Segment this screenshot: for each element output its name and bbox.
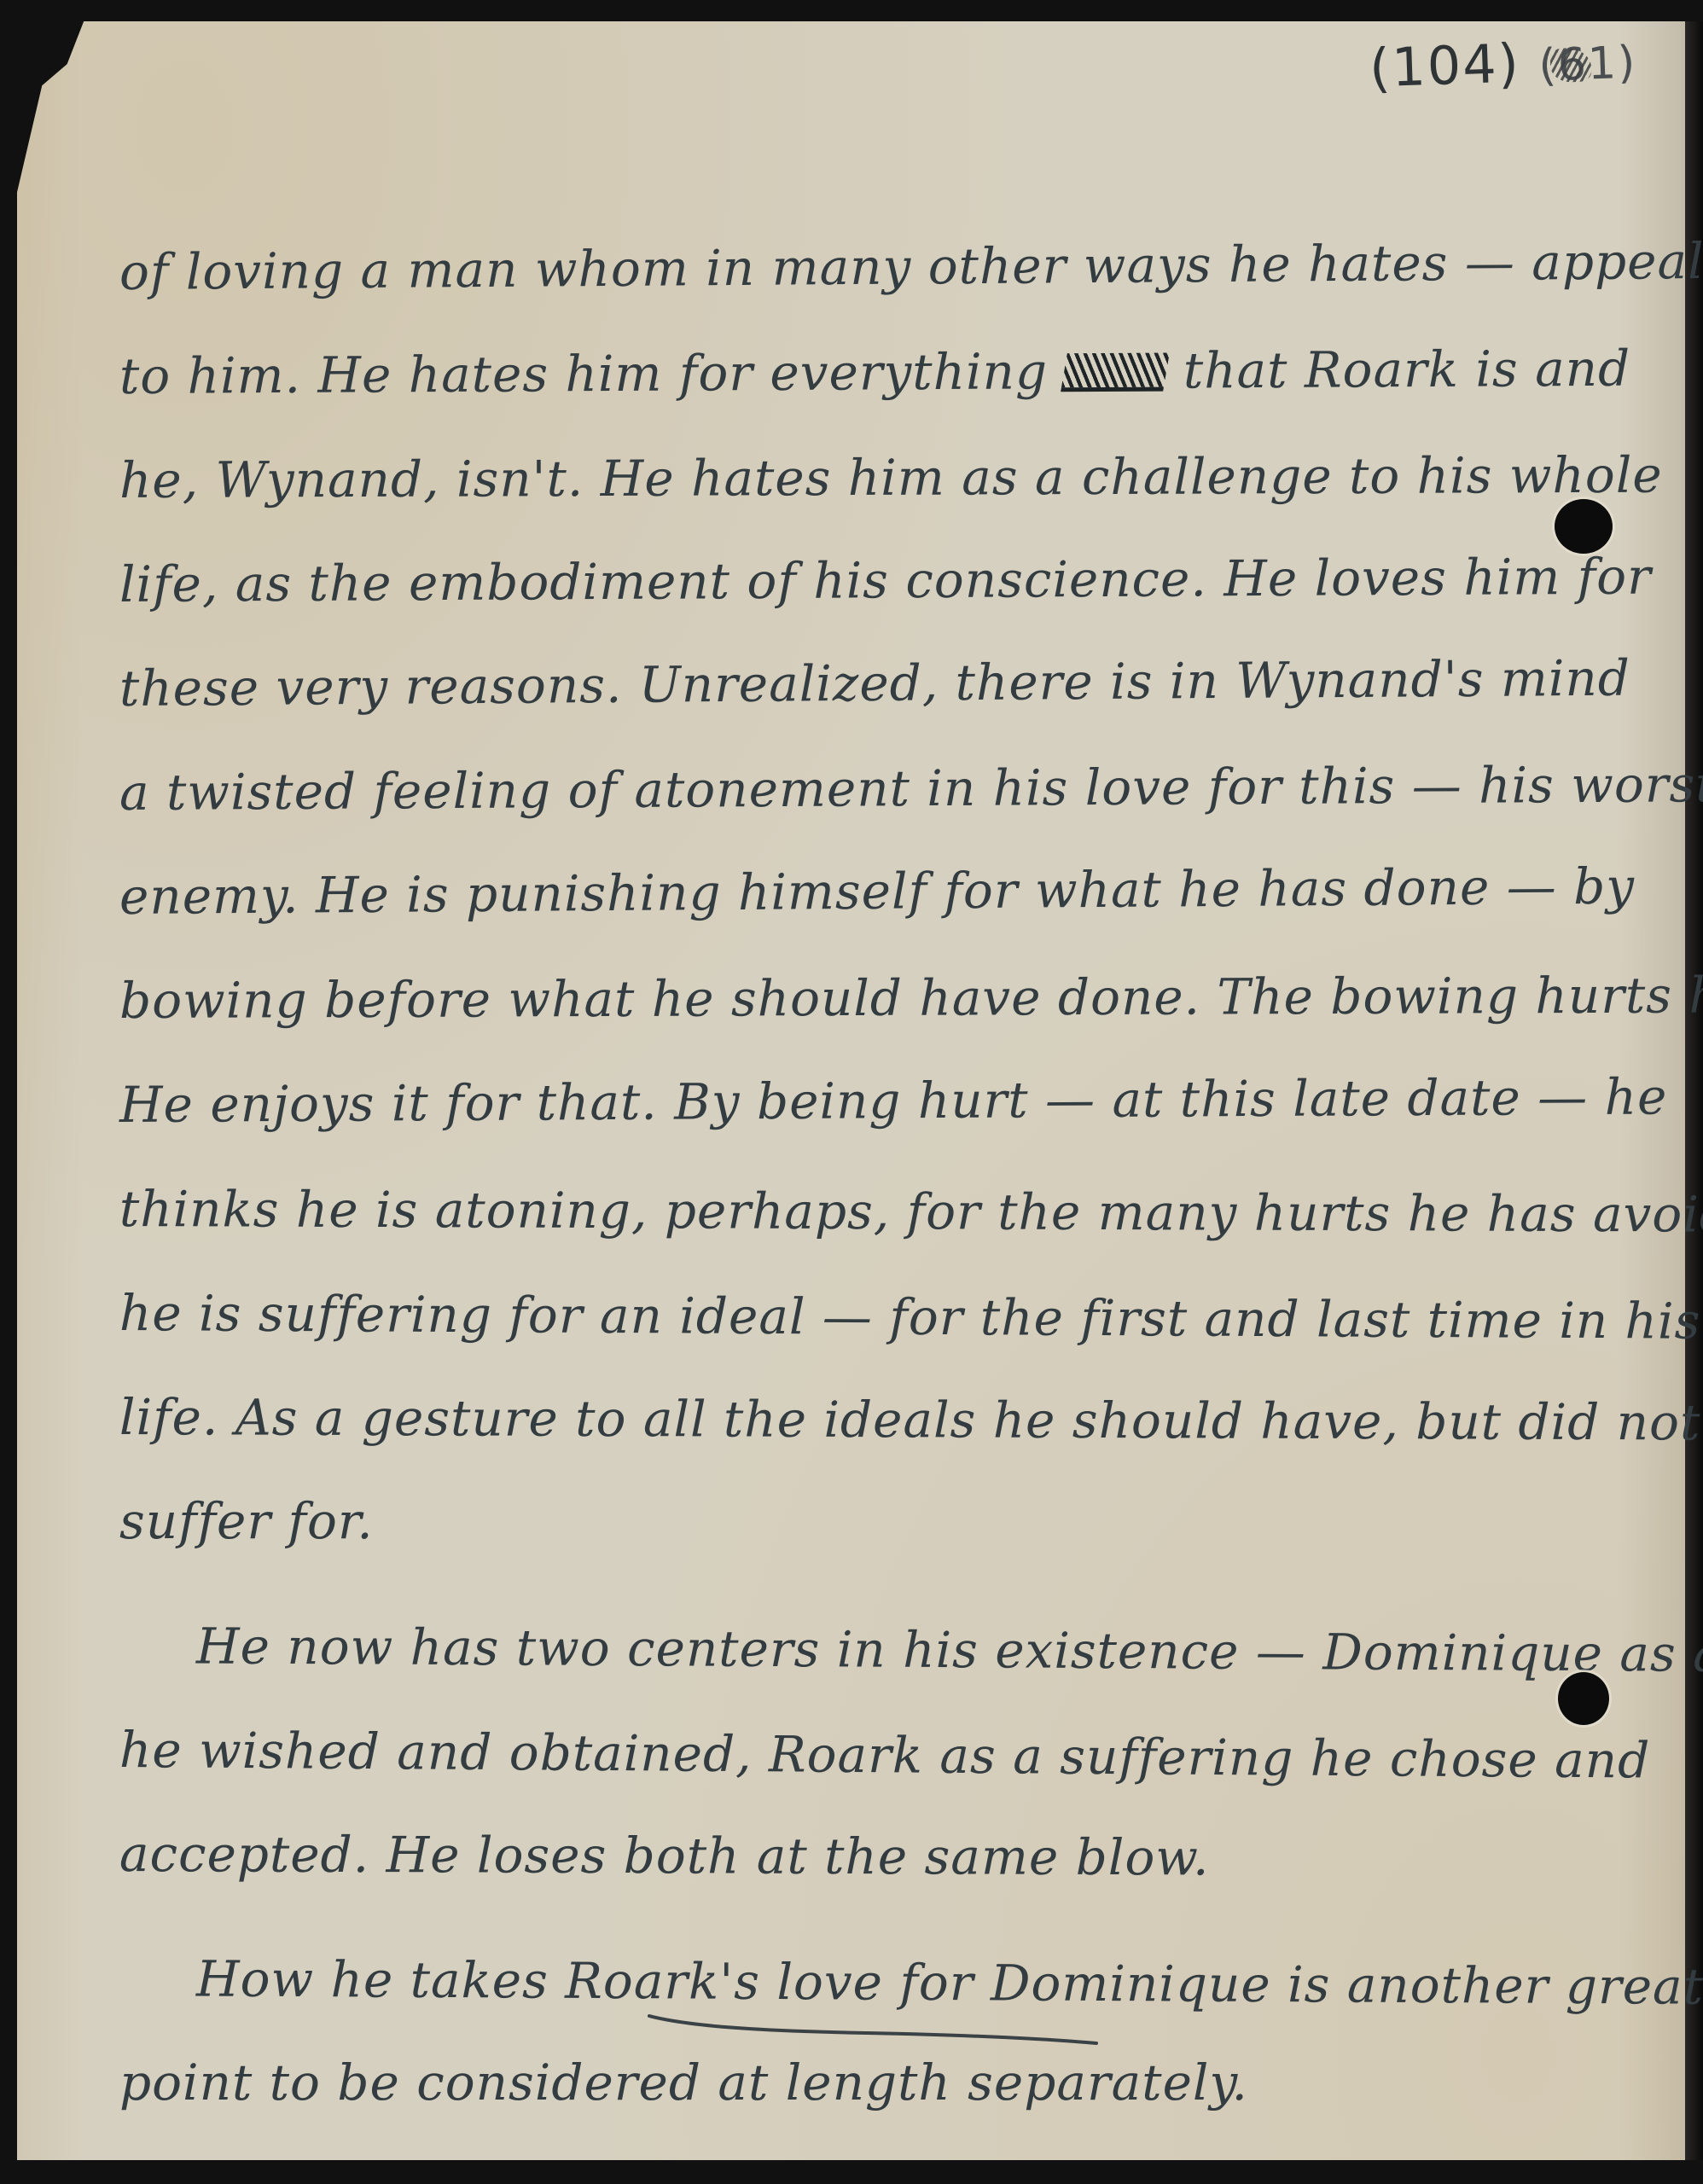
- manuscript-line: accepted. He loses both at the same blow…: [119, 1802, 1621, 1911]
- struck-out-word: [struck out]: [1064, 319, 1167, 424]
- manuscript-body: of loving a man whom in many other ways …: [119, 220, 1621, 2135]
- manuscript-line: thinks he is atoning, perhaps, for the m…: [119, 1157, 1621, 1266]
- manuscript-line: he is suffering for an ideal — for the f…: [119, 1261, 1622, 1373]
- manuscript-line: of loving a man whom in many other ways …: [119, 210, 1622, 324]
- page-edge-shadow: [1685, 21, 1703, 2160]
- line-segment: to him. He hates him for everything: [119, 342, 1065, 405]
- punch-hole-lower: [1558, 1672, 1609, 1725]
- page-number-struck: (61): [1538, 38, 1638, 92]
- page-number: (104) (61): [1369, 28, 1638, 100]
- manuscript-line: life. As a gesture to all the ideals he …: [119, 1365, 1621, 1474]
- page-number-current: (104): [1369, 32, 1521, 99]
- manuscript-line: He now has two centers in his existence …: [119, 1594, 1622, 1705]
- manuscript-line: enemy. He is punishing himself for what …: [119, 834, 1622, 949]
- manuscript-line: He enjoys it for that. By being hurt — a…: [119, 1045, 1622, 1157]
- manuscript-line: life, as the embodiment of his conscienc…: [119, 525, 1622, 636]
- manuscript-line: a twisted feeling of atonement in his lo…: [119, 733, 1622, 845]
- manuscript-line: bowing before what he should have done. …: [119, 944, 1621, 1053]
- closing-separator-stroke: [644, 2009, 1105, 2048]
- punch-hole-upper: [1555, 499, 1613, 554]
- manuscript-line: to him. He hates him for everything [str…: [119, 317, 1622, 428]
- manuscript-line: these very reasons. Unrealized, there is…: [119, 626, 1622, 741]
- manuscript-line: he, Wynand, isn't. He hates him as a cha…: [119, 423, 1621, 532]
- manuscript-line: suffer for.: [119, 1469, 1621, 1573]
- manuscript-line: he wished and obtained, Roark as a suffe…: [119, 1698, 1622, 1812]
